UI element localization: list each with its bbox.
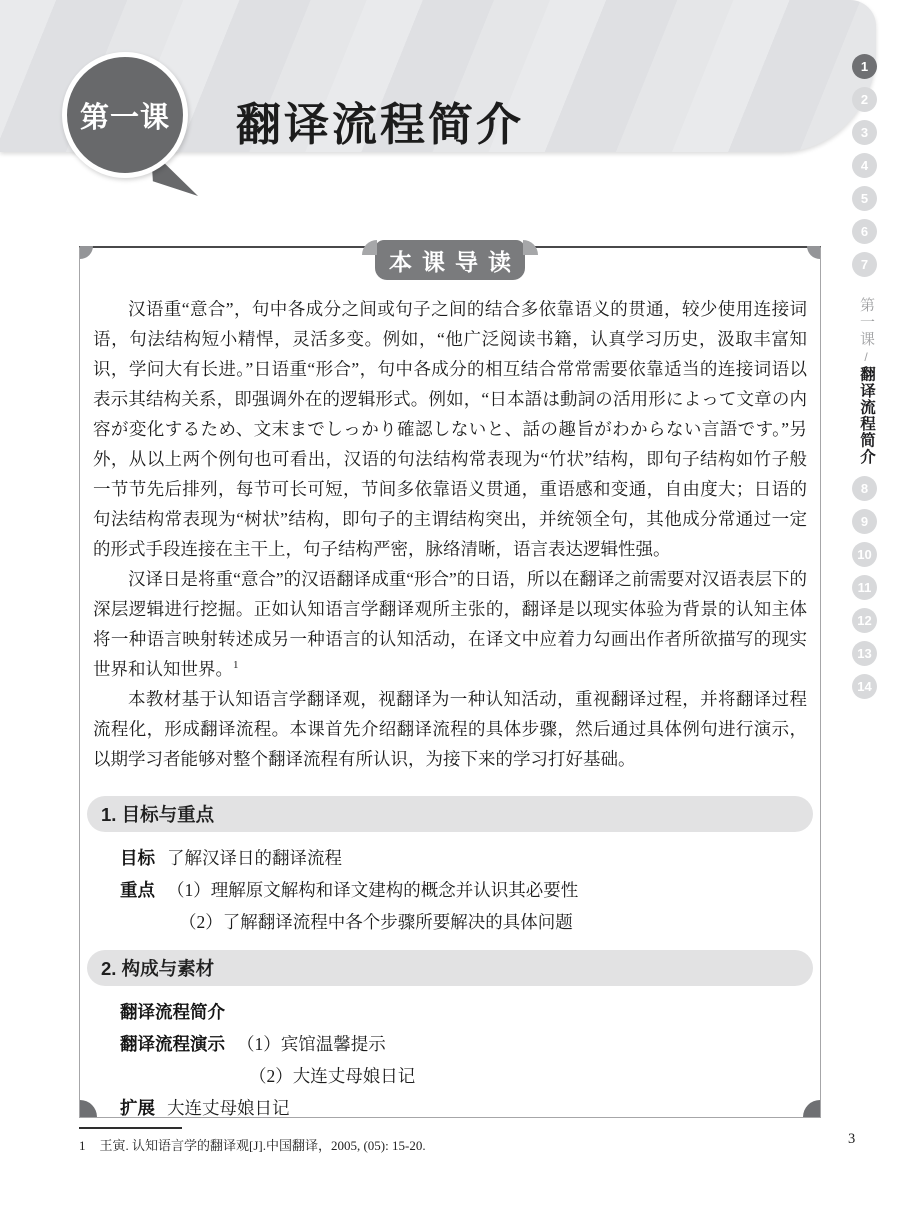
sidebar-tab-4: 4: [852, 153, 877, 178]
focus-label: 重点: [120, 874, 155, 906]
sidebar-tab-3: 3: [852, 120, 877, 145]
lesson-intro-box: 本课导读 汉语重“意合”，句中各成分之间或句子之间的结合多依靠语义的贯通，较少使…: [79, 246, 821, 1118]
sidebar-tab-10: 10: [852, 542, 877, 567]
sidebar-tab-6: 6: [852, 219, 877, 244]
materials-item-1: 翻译流程简介: [120, 996, 225, 1028]
intro-body: 汉语重“意合”，句中各成分之间或句子之间的结合多依靠语义的贯通，较少使用连接词语…: [80, 248, 820, 1124]
lesson-badge: 第一课: [62, 52, 188, 178]
goal-row: 目标 了解汉译日的翻译流程: [93, 842, 807, 874]
focus-row-1: 重点 （1）理解原文解构和译文建构的概念并认识其必要性: [93, 874, 807, 906]
goal-text: 了解汉译日的翻译流程: [167, 842, 342, 874]
sidebar-lesson-tabs-top: 1 2 3 4 5 6 7: [852, 54, 877, 277]
sidebar-tab-9: 9: [852, 509, 877, 534]
section-goals-items: 目标 了解汉译日的翻译流程 重点 （1）理解原文解构和译文建构的概念并认识其必要…: [93, 842, 807, 938]
intro-paragraph-3: 本教材基于认知语言学翻译观，视翻译为一种认知活动，重视翻译过程，并将翻译过程流程…: [93, 684, 807, 774]
sidebar-lesson-tabs-bottom: 8 9 10 11 12 13 14: [852, 476, 877, 699]
goal-label: 目标: [120, 842, 155, 874]
sidebar-tab-1: 1: [852, 54, 877, 79]
intro-paragraph-1: 汉语重“意合”，句中各成分之间或句子之间的结合多依靠语义的贯通，较少使用连接词语…: [93, 294, 807, 564]
footnote: 1王寅. 认知语言学的翻译观[J].中国翻译，2005, (05): 15-20…: [79, 1135, 426, 1154]
extension-row: 扩展 大连丈母娘日记: [93, 1092, 807, 1124]
footnote-text: 王寅. 认知语言学的翻译观[J].中国翻译，2005, (05): 15-20.: [100, 1138, 426, 1153]
page-title: 翻译流程简介: [236, 88, 524, 153]
demo-item-2: （2）大连丈母娘日记: [249, 1060, 415, 1092]
chapter-title-text: 翻译流程简介: [858, 366, 875, 465]
demo-item-1: （1）宾馆温馨提示: [237, 1028, 386, 1060]
intro-tab: 本课导读: [375, 240, 525, 280]
focus-item-2: （2）了解翻译流程中各个步骤所要解决的具体问题: [179, 906, 573, 938]
focus-row-2: （2）了解翻译流程中各个步骤所要解决的具体问题: [93, 906, 807, 938]
page-number: 3: [848, 1131, 855, 1148]
section-materials-items: 翻译流程简介 翻译流程演示 （1）宾馆温馨提示 （2）大连丈母娘日记 扩展 大连…: [93, 996, 807, 1124]
sidebar-tab-13: 13: [852, 641, 877, 666]
focus-item-1: （1）理解原文解构和译文建构的概念并认识其必要性: [167, 874, 578, 906]
sidebar-tab-14: 14: [852, 674, 877, 699]
materials-row-1: 翻译流程简介: [93, 996, 807, 1028]
lesson-badge-label: 第一课: [80, 95, 170, 136]
sidebar-tab-11: 11: [852, 575, 877, 600]
intro-tab-label: 本课导读: [389, 244, 521, 277]
chapter-separator: /: [859, 350, 873, 364]
footnote-divider: [79, 1127, 182, 1129]
sidebar-tab-8: 8: [852, 476, 877, 501]
sidebar-tab-2: 2: [852, 87, 877, 112]
footnote-reference: 1: [233, 659, 239, 671]
intro-paragraph-2: 汉译日是将重“意合”的汉语翻译成重“形合”的日语，所以在翻译之前需要对汉语表层下…: [93, 564, 807, 684]
section-heading-goals: 1. 目标与重点: [87, 796, 813, 832]
footnote-marker: 1: [79, 1138, 86, 1153]
extension-label: 扩展: [120, 1092, 155, 1124]
sidebar-tab-7: 7: [852, 252, 877, 277]
section-heading-materials: 2. 构成与素材: [87, 950, 813, 986]
sidebar-tab-5: 5: [852, 186, 877, 211]
demo-label: 翻译流程演示: [120, 1028, 225, 1060]
chapter-lesson-text: 第一课: [858, 297, 875, 348]
extension-text: 大连丈母娘日记: [167, 1092, 290, 1124]
chapter-vertical-label: 第一课/翻译流程简介: [858, 297, 874, 465]
demo-row-2: （2）大连丈母娘日记: [93, 1060, 807, 1092]
demo-row-1: 翻译流程演示 （1）宾馆温馨提示: [93, 1028, 807, 1060]
sidebar-tab-12: 12: [852, 608, 877, 633]
